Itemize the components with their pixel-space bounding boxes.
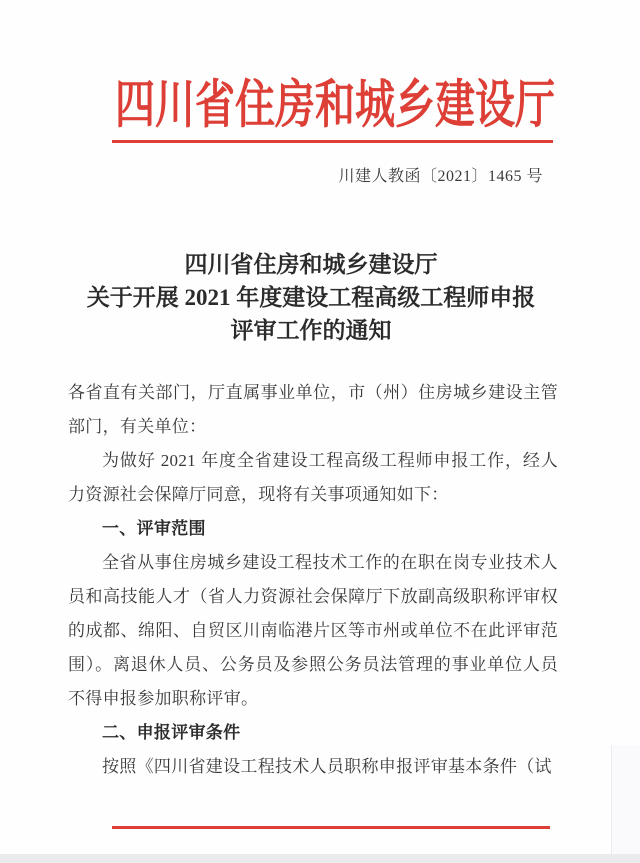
section-1-heading: 一、评审范围 — [68, 512, 558, 546]
letterhead-rule — [112, 140, 553, 143]
notice-title-line2: 关于开展 2021 年度建设工程高级工程师申报 — [0, 281, 622, 314]
scan-edge-bottom — [0, 854, 640, 863]
notice-body: 各省直有关部门，厅直属事业单位，市（州）住房城乡建设主管部门，有关单位： 为做好… — [68, 376, 558, 784]
document-number: 川建人教函〔2021〕1465 号 — [338, 163, 543, 186]
scan-edge-right — [611, 745, 640, 863]
document-page: 四川省住房和城乡建设厅 川建人教函〔2021〕1465 号 四川省住房和城乡建设… — [0, 0, 640, 863]
intro-paragraph: 为做好 2021 年度全省建设工程高级工程师申报工作，经人力资源社会保障厅同意，… — [68, 444, 558, 512]
section-1-paragraph: 全省从事住房城乡建设工程技术工作的在职在岗专业技术人员和高技能人才（省人力资源社… — [68, 546, 558, 716]
letterhead-title: 四川省住房和城乡建设厅 — [30, 64, 640, 138]
notice-title-line3: 评审工作的通知 — [0, 314, 622, 347]
notice-title-line1: 四川省住房和城乡建设厅 — [0, 248, 622, 281]
notice-title: 四川省住房和城乡建设厅 关于开展 2021 年度建设工程高级工程师申报 评审工作… — [0, 248, 622, 347]
footer-rule — [112, 826, 550, 829]
salutation-paragraph: 各省直有关部门，厅直属事业单位，市（州）住房城乡建设主管部门，有关单位： — [68, 376, 558, 444]
section-2-heading: 二、申报评审条件 — [68, 716, 558, 750]
section-2-paragraph: 按照《四川省建设工程技术人员职称申报评审基本条件（试 — [68, 750, 558, 784]
